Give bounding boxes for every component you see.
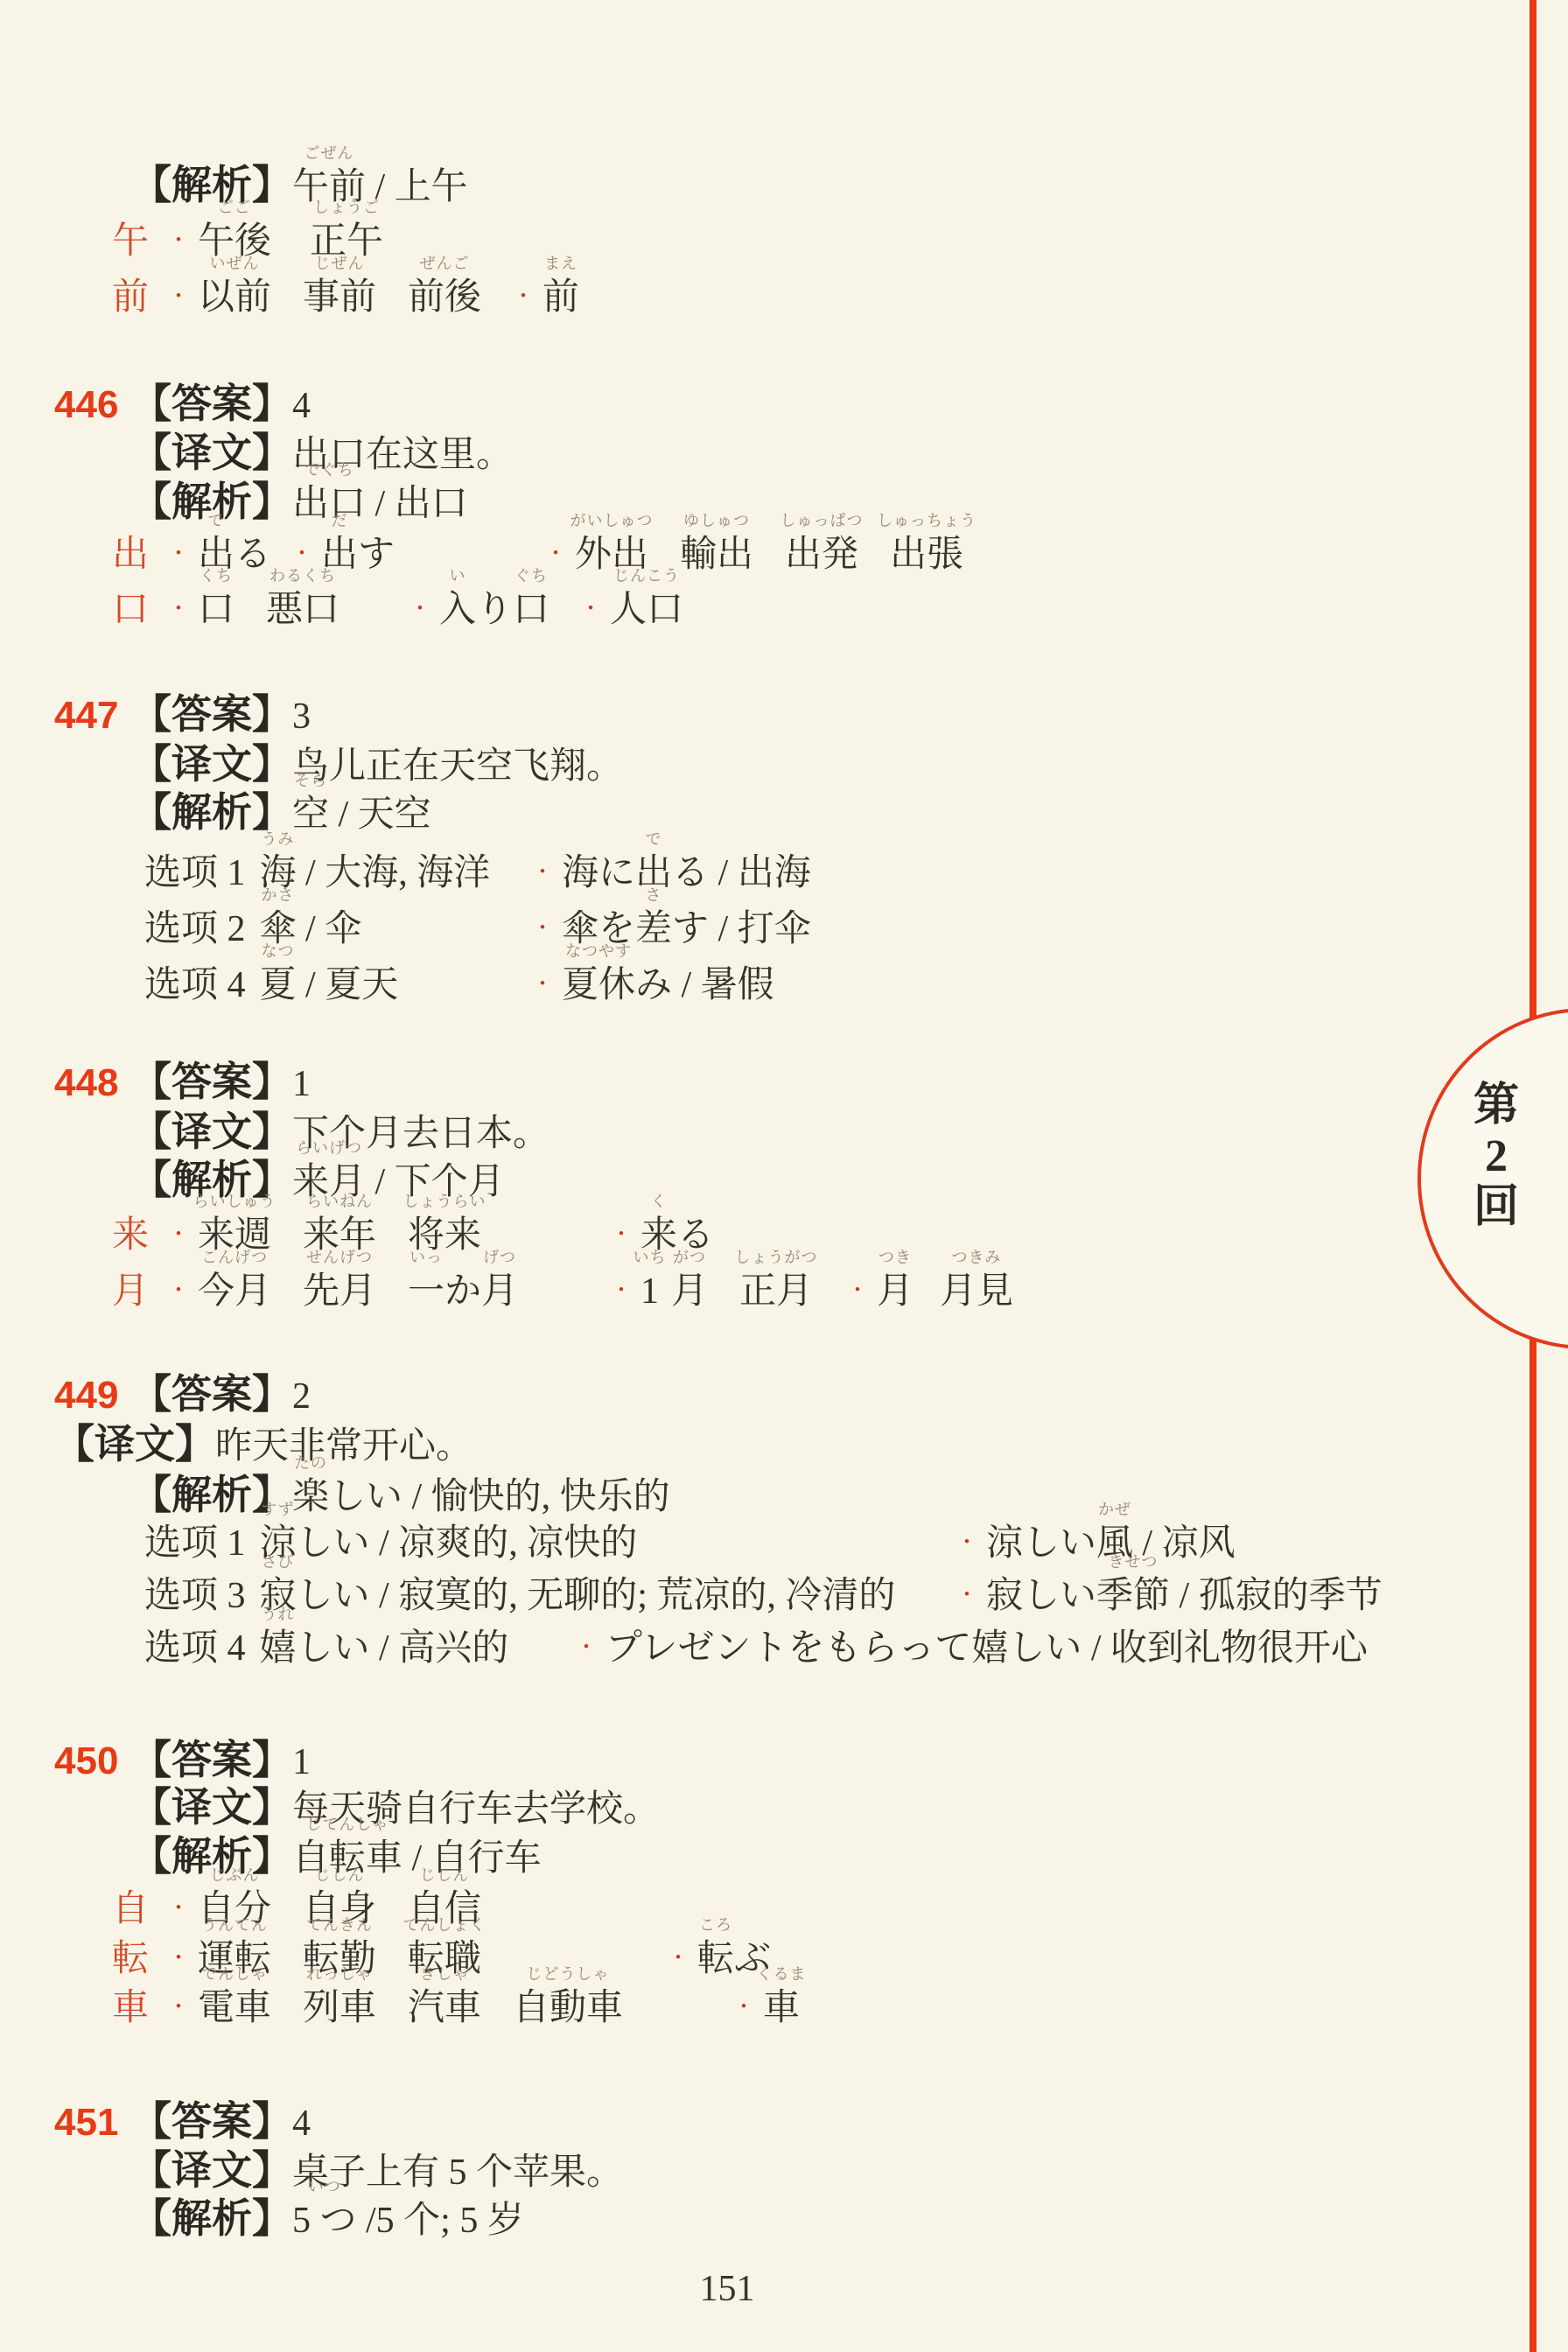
text-line: 【译文】昨天非常开心。 (54, 1422, 472, 1468)
text-segment: 海に (562, 853, 635, 893)
bullet-dot: ・ (409, 598, 430, 620)
furigana: しょうがつ (735, 1249, 818, 1265)
text-segment: 先月せんげつ (303, 1270, 376, 1312)
text-segment: 桌子上有 5 个苹果。 (292, 2152, 623, 2193)
text-line: 446【答案】4 (54, 381, 311, 428)
question-number: 447 (54, 694, 131, 738)
bullet-dot: ・ (291, 542, 312, 565)
question-number: 446 (54, 383, 131, 428)
text-segment: / 夏天 (297, 965, 399, 1005)
text-segment: み / 暑假 (635, 965, 774, 1005)
bullet-dot: ・ (847, 1279, 868, 1302)
bullet-dot: ・ (168, 229, 189, 252)
base-text: 空 (292, 794, 329, 835)
furigana: がいしゅつ (570, 513, 654, 528)
text-line: 447【答案】3 (54, 692, 311, 738)
text-segment: 今月こんげつ (198, 1270, 271, 1312)
option-label: 选项 4 (144, 965, 246, 1005)
text-line: 选项 1海うみ / 大海, 海洋・海に出でる / 出海 (144, 852, 490, 894)
bracket-label: 【译文】 (54, 1422, 215, 1466)
text-line: 【解析】楽たのしい / 愉快的, 快乐的 (131, 1473, 670, 1519)
furigana: じぶん (210, 1867, 260, 1883)
text-segment: 口ぐち (513, 589, 549, 631)
furigana: でんしゃ (201, 1966, 268, 1982)
base-text: 月 (481, 1271, 518, 1312)
text-segment: / 出口 (366, 484, 468, 524)
headword-kanji: 月 (112, 1270, 161, 1312)
base-text: 車 (763, 1988, 800, 2028)
text-segment: 以前いぜん (198, 276, 271, 318)
furigana: じぜん (315, 255, 365, 271)
base-text: 人口 (610, 590, 683, 630)
furigana: しゅっぱつ (780, 513, 864, 528)
line-cell: ・入いり口ぐち (402, 589, 549, 631)
text-line: 前・以前いぜん事前じぜん前後ぜんご・前まえ (112, 276, 579, 318)
option-label: 选项 4 (144, 1628, 246, 1669)
furigana: せんげつ (306, 1249, 373, 1265)
text-segment: 月げつ (481, 1270, 518, 1312)
text-line: 【解析】午前ごぜん / 上午 (131, 163, 468, 209)
text-segment: 夏なつ (260, 964, 297, 1006)
text-line: 448【答案】1 (54, 1060, 311, 1106)
line-cell: ・1いち月がつ正月しょうがつ (604, 1270, 813, 1312)
line-cell: ・プレゼントをもらって嬉しい / 收到礼物很开心 (569, 1627, 1368, 1669)
furigana: きせつ (1109, 1554, 1158, 1570)
text-segment: しい / 高兴的 (297, 1628, 509, 1669)
text-segment: 出張しゅっちょう (890, 534, 963, 576)
furigana: すず (261, 1501, 294, 1517)
furigana: じんこう (613, 568, 680, 584)
base-text: 夏 (260, 965, 297, 1005)
furigana: じしん (420, 1867, 470, 1883)
text-segment: す / 打伞 (672, 909, 811, 949)
text-segment: 輸出ゆしゅつ (680, 534, 753, 576)
bracket-label: 【解析】 (131, 163, 292, 207)
bullet-dot: ・ (532, 973, 553, 996)
text-line: 月・今月こんげつ先月せんげつ一いっか月げつ・1いち月がつ正月しょうがつ・月つき月… (112, 1270, 518, 1312)
bullet-dot: ・ (168, 285, 189, 308)
text-segment: 鸟儿正在天空飞翔。 (292, 746, 623, 787)
option-label: 选项 1 (144, 853, 246, 893)
furigana: ぐち (514, 568, 548, 584)
furigana: さび (262, 1554, 295, 1570)
option-label: 选项 1 (144, 1523, 246, 1564)
text-line: 【译文】桌子上有 5 个苹果。 (131, 2148, 623, 2194)
furigana: げつ (483, 1249, 516, 1265)
page-number: 151 (0, 2268, 1454, 2310)
text-segment: 寂しい (986, 1576, 1096, 1616)
text-segment: 季節きせつ (1096, 1575, 1170, 1617)
text-segment: 夏休なつやす (562, 964, 635, 1006)
bullet-dot: ・ (532, 861, 553, 884)
base-text: 季節 (1096, 1576, 1170, 1616)
text-line: 口・口くち悪口わるくち・入いり口ぐち・人口じんこう (112, 589, 339, 631)
base-text: 1 (640, 1271, 659, 1312)
text-line: 选项 4嬉うれしい / 高兴的・プレゼントをもらって嬉しい / 收到礼物很开心 (144, 1627, 508, 1669)
bracket-label: 【答案】 (131, 1738, 292, 1782)
furigana: うんてん (201, 1917, 268, 1933)
furigana: ころ (699, 1917, 732, 1933)
question-number: 449 (54, 1374, 131, 1418)
bullet-dot: ・ (168, 1279, 189, 1302)
furigana: そら (294, 773, 327, 788)
headword-kanji: 午 (112, 220, 161, 262)
text-segment: 月がつ (671, 1270, 708, 1312)
base-text: 以前 (198, 277, 271, 318)
furigana: いっ (409, 1249, 443, 1265)
text-line: 【解析】5 ついつ /5 个; 5 岁 (131, 2196, 524, 2243)
base-text: 出張 (890, 535, 963, 575)
text-segment: 4 (292, 2103, 311, 2144)
furigana: かぜ (1098, 1501, 1131, 1517)
line-cell: ・夏休なつやすみ / 暑假 (525, 964, 774, 1006)
text-segment: 前後ぜんご (408, 276, 481, 318)
text-segment: 出口でぐち (292, 483, 366, 525)
furigana: らいねん (306, 1193, 373, 1209)
line-cell: ・月つき月見つきみ (840, 1270, 1013, 1312)
base-text: 前 (542, 277, 579, 318)
base-text: 電車 (198, 1988, 271, 2028)
furigana: い (450, 568, 466, 584)
text-line: 选项 1涼すずしい / 凉爽的, 凉快的・涼しい風かぜ / 凉风 (144, 1522, 637, 1564)
text-segment: 人口じんこう (610, 589, 683, 631)
text-segment: 月見つきみ (940, 1270, 1013, 1312)
furigana: しょうご (313, 199, 380, 215)
text-segment: しい / 寂寞的, 无聊的; 荒凉的, 冷清的 (297, 1576, 896, 1616)
base-text: 月 (877, 1271, 913, 1312)
furigana: なつ (262, 943, 295, 959)
option-label: 选项 2 (144, 909, 246, 949)
line-cell: ・涼しい風かぜ / 凉风 (949, 1522, 1235, 1564)
bracket-label: 【答案】 (131, 1060, 292, 1104)
bullet-dot: ・ (611, 1279, 632, 1302)
furigana: しょうらい (403, 1193, 486, 1209)
text-segment: しい / 愉快的, 快乐的 (329, 1477, 670, 1517)
base-text: 正月 (739, 1271, 813, 1312)
bullet-dot: ・ (545, 542, 566, 565)
base-text: 汽車 (408, 1988, 481, 2028)
furigana: てんしょく (403, 1917, 486, 1933)
bullet-dot: ・ (576, 1636, 597, 1659)
headword-kanji: 車 (112, 1987, 161, 2029)
bullet-dot: ・ (733, 1996, 754, 2019)
base-text: 事前 (303, 277, 376, 318)
base-text: 入 (439, 590, 476, 630)
text-segment: る / 出海 (672, 853, 811, 893)
bracket-label: 【答案】 (131, 692, 292, 737)
text-line: 出・出でる・出だす・外出がいしゅつ輸出ゆしゅつ出発しゅっぱつ出張しゅっちょう (112, 534, 271, 576)
text-segment: 正月しょうがつ (739, 1270, 813, 1312)
bullet-dot: ・ (668, 1947, 689, 1970)
furigana: で (208, 513, 225, 528)
furigana: くるま (757, 1966, 807, 1982)
text-line: 【解析】空そら / 天空 (131, 790, 431, 836)
base-text: 口 (513, 590, 549, 630)
furigana: ゆしゅつ (683, 513, 750, 528)
bullet-dot: ・ (956, 1584, 977, 1606)
text-segment: /5 个; 5 岁 (357, 2201, 524, 2241)
furigana: たの (294, 1455, 327, 1471)
furigana: ごご (218, 199, 251, 215)
base-text: 転 (697, 1939, 734, 1979)
text-segment: 昨天非常开心。 (215, 1426, 472, 1466)
text-segment: / 天空 (329, 794, 431, 835)
furigana: だ (332, 513, 348, 528)
text-segment: 1 (292, 1742, 311, 1782)
text-segment: 空そら (292, 794, 329, 836)
bracket-label: 【答案】 (131, 381, 292, 426)
text-line: 选项 4夏なつ / 夏天・夏休なつやすみ / 暑假 (144, 964, 398, 1006)
furigana: れっしゃ (306, 1966, 373, 1982)
bullet-dot: ・ (168, 1223, 189, 1246)
furigana: らいげつ (296, 1140, 362, 1156)
text-line: 【译文】鸟儿正在天空飞翔。 (131, 742, 623, 788)
base-text: 夏休 (562, 965, 635, 1005)
text-line: 【译文】每天骑自行车去学校。 (131, 1785, 660, 1831)
furigana: てんきん (306, 1917, 373, 1933)
text-segment: 悪口わるくち (266, 589, 339, 631)
furigana: じしん (315, 1867, 365, 1883)
furigana: つきみ (952, 1249, 1002, 1265)
text-line: 选项 2傘かさ / 伞・傘を差さす / 打伞 (144, 908, 361, 950)
bullet-dot: ・ (168, 1947, 189, 1970)
line-cell: ・転ころぶ (661, 1938, 771, 1980)
text-segment: 車くるま (763, 1987, 800, 2029)
furigana: つき (878, 1249, 912, 1265)
furigana: らいしゅう (193, 1193, 276, 1209)
text-line: 选项 3寂さびしい / 寂寞的, 无聊的; 荒凉的, 冷清的・寂しい季節きせつ … (144, 1575, 895, 1617)
text-segment: 1いち (640, 1270, 659, 1312)
text-segment: 楽たの (292, 1476, 329, 1518)
text-segment: 1 (292, 1064, 311, 1104)
furigana: しゅっちょう (877, 513, 976, 528)
bracket-label: 【解析】 (131, 790, 292, 835)
base-text: 5 つ (292, 2201, 357, 2241)
base-text: 前後 (408, 277, 481, 318)
base-text: 出口 (292, 484, 366, 524)
text-segment: 2 (292, 1376, 311, 1417)
text-line: 449【答案】2 (54, 1372, 311, 1418)
headword-kanji: 口 (112, 589, 161, 631)
text-segment: 涼しい (986, 1523, 1096, 1564)
question-number: 451 (54, 2101, 131, 2145)
text-segment: 転ころ (697, 1938, 734, 1980)
text-line: 451【答案】4 (54, 2099, 311, 2145)
furigana: じてんしゃ (306, 1816, 389, 1832)
base-text: 嬉 (260, 1628, 297, 1669)
base-text: 先月 (303, 1271, 376, 1312)
furigana: いぜん (210, 255, 260, 271)
base-text: 差 (635, 909, 672, 949)
base-text: 今月 (198, 1271, 271, 1312)
text-segment: / 大海, 海洋 (297, 853, 491, 893)
base-text: 列車 (303, 1988, 376, 2028)
headword-kanji: 前 (112, 276, 161, 318)
round-section-tab-label: 第 2 回 (1466, 1083, 1526, 1230)
question-number: 448 (54, 1061, 131, 1106)
bracket-label: 【译文】 (131, 430, 292, 475)
line-cell: ・人口じんこう (573, 589, 683, 631)
text-segment: / 上午 (366, 167, 468, 207)
furigana: なつやす (565, 943, 632, 959)
option-label: 选项 3 (144, 1576, 246, 1616)
text-segment: り (476, 590, 513, 630)
furigana: かさ (262, 887, 295, 903)
text-segment: 自動車じどうしゃ (513, 1987, 623, 2029)
text-segment: プレゼントをもらって嬉しい / 收到礼物很开心 (605, 1628, 1368, 1669)
bullet-dot: ・ (168, 542, 189, 565)
furigana: うみ (262, 831, 295, 847)
text-segment: 列車れっしゃ (303, 1987, 376, 2029)
bullet-dot: ・ (611, 1223, 632, 1246)
furigana: ぜんご (420, 255, 470, 271)
tab-char: 回 (1473, 1185, 1519, 1230)
text-segment: しい / 凉爽的, 凉快的 (297, 1523, 638, 1564)
bullet-dot: ・ (168, 598, 189, 620)
text-segment: 3 (292, 696, 311, 737)
furigana: じどうしゃ (527, 1966, 610, 1982)
base-text: 自動車 (513, 1988, 623, 2028)
furigana: でぐち (304, 462, 354, 478)
text-line: 【解析】出口でぐち / 出口 (131, 479, 468, 526)
bracket-label: 【答案】 (131, 2099, 292, 2144)
base-text: 月見 (940, 1271, 1013, 1312)
text-line: 450【答案】1 (54, 1738, 311, 1784)
furigana: うれ (262, 1606, 295, 1622)
headword-kanji: 出 (112, 534, 161, 576)
furigana: わるくち (269, 568, 336, 584)
line-cell: ・海に出でる / 出海 (525, 852, 811, 894)
headword-kanji: 転 (112, 1938, 161, 1980)
base-text: 月 (671, 1271, 708, 1312)
text-segment: 嬉うれ (260, 1627, 297, 1669)
furigana: いち (633, 1249, 667, 1265)
bullet-dot: ・ (956, 1531, 977, 1554)
bracket-label: 【译文】 (131, 2148, 292, 2193)
text-segment: 入い (439, 589, 476, 631)
text-segment: / 伞 (297, 909, 362, 949)
text-segment: / 孤寂的季节 (1170, 1576, 1382, 1616)
bullet-dot: ・ (532, 917, 553, 940)
bullet-dot: ・ (168, 1996, 189, 2019)
base-text: 楽 (292, 1477, 329, 1517)
furigana: きしゃ (420, 1966, 470, 1982)
text-segment: す (358, 535, 395, 575)
line-cell: ・外出がいしゅつ輸出ゆしゅつ出発しゅっぱつ出張しゅっちょう (538, 534, 963, 576)
furigana: で (646, 831, 662, 847)
furigana: まえ (544, 255, 577, 271)
question-number: 450 (54, 1739, 131, 1784)
bracket-label: 【解析】 (131, 2196, 292, 2241)
text-segment: 汽車きしゃ (408, 1987, 481, 2029)
base-text: 出発 (785, 535, 858, 575)
furigana: さ (646, 887, 662, 903)
line-cell: ・寂しい季節きせつ / 孤寂的季节 (949, 1575, 1382, 1617)
base-text: 一 (408, 1271, 444, 1312)
text-segment: 4 (292, 386, 311, 426)
base-text: 口 (198, 590, 234, 630)
text-segment: 前まえ (542, 276, 579, 318)
text-segment: 電車でんしゃ (198, 1987, 271, 2029)
tab-char: 第 (1473, 1083, 1519, 1129)
tab-char: 2 (1485, 1134, 1508, 1179)
text-segment: 出発しゅっぱつ (785, 534, 858, 576)
base-text: 輸出 (680, 535, 753, 575)
furigana: くち (199, 568, 233, 584)
text-line: 車・電車でんしゃ列車れっしゃ汽車きしゃ自動車じどうしゃ・車くるま (112, 1987, 623, 2029)
text-segment: か (444, 1271, 481, 1312)
text-segment: る (234, 535, 271, 575)
text-segment: 差さ (635, 908, 672, 950)
bullet-dot: ・ (580, 598, 601, 620)
bullet-dot: ・ (513, 285, 534, 308)
text-segment: 口くち (198, 589, 234, 631)
text-segment: 事前じぜん (303, 276, 376, 318)
furigana: ごぜん (304, 145, 354, 161)
furigana: がつ (673, 1249, 706, 1265)
text-segment: 一いっ (408, 1270, 444, 1312)
headword-kanji: 自 (112, 1888, 161, 1930)
furigana: く (651, 1193, 668, 1209)
page: 【解析】午前ごぜん / 上午午・午後ごご正午しょうご前・以前いぜん事前じぜん前後… (0, 0, 1568, 2352)
furigana: こんげつ (201, 1249, 268, 1265)
base-text: 悪口 (266, 590, 339, 630)
bracket-label: 【译文】 (131, 1109, 292, 1154)
text-segment: 月つき (877, 1270, 913, 1312)
bracket-label: 【译文】 (131, 1785, 292, 1830)
bracket-label: 【译文】 (131, 742, 292, 787)
text-segment: 5 ついつ (292, 2200, 357, 2242)
bracket-label: 【答案】 (131, 1372, 292, 1417)
furigana: いつ (308, 2179, 341, 2194)
headword-kanji: 来 (112, 1214, 161, 1256)
bullet-dot: ・ (168, 1897, 189, 1920)
line-cell: ・車くるま (726, 1987, 800, 2029)
